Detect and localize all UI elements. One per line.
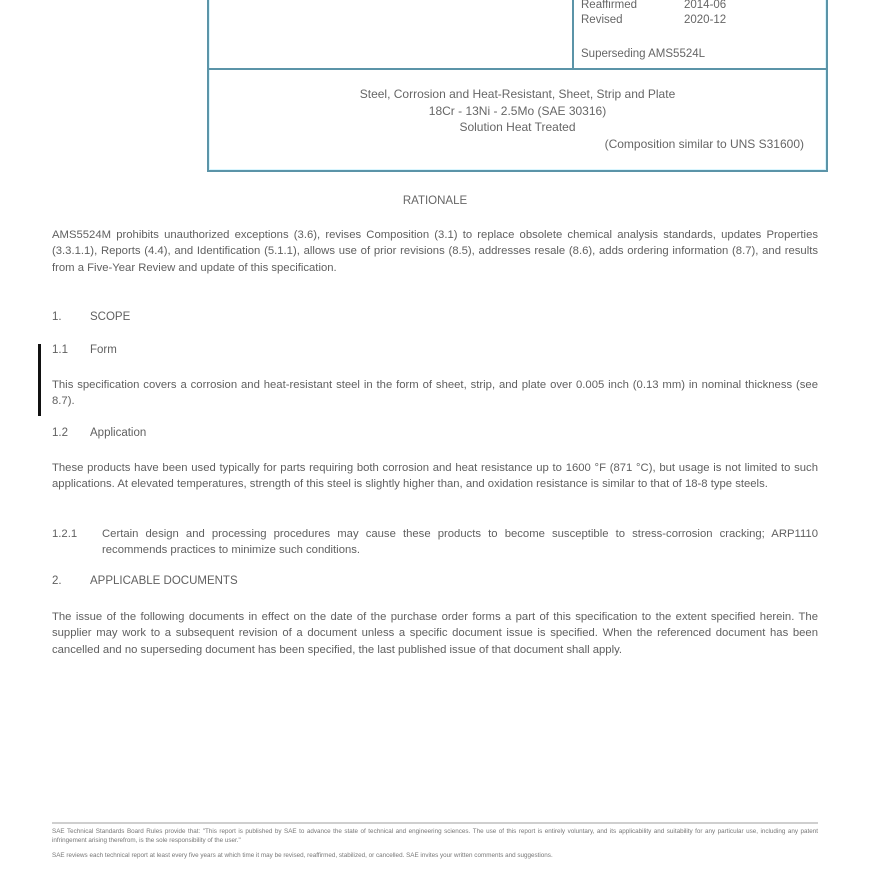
section-1-2-text: These products have been used typically … xyxy=(52,460,818,493)
footer-divider xyxy=(52,822,818,824)
section-1-1-heading: 1.1Form xyxy=(52,344,117,356)
section-1-1-text: This specification covers a corrosion an… xyxy=(52,377,818,410)
section-title: APPLICABLE DOCUMENTS xyxy=(90,575,238,587)
change-bar xyxy=(38,344,41,416)
header-vertical-divider xyxy=(572,0,574,70)
section-1-2-heading: 1.2Application xyxy=(52,427,146,439)
section-number: 1.2 xyxy=(52,427,90,439)
rationale-heading: RATIONALE xyxy=(0,195,870,207)
section-number: 1.1 xyxy=(52,344,90,356)
section-title: SCOPE xyxy=(90,311,130,323)
revised-label: Revised xyxy=(581,13,684,28)
section-2-heading: 2.APPLICABLE DOCUMENTS xyxy=(52,575,238,587)
section-number: 1. xyxy=(52,311,90,323)
reaffirmed-date: 2014-06 xyxy=(684,0,726,13)
title-line-3: Solution Heat Treated xyxy=(209,119,826,136)
title-line-1: Steel, Corrosion and Heat-Resistant, She… xyxy=(209,86,826,103)
superseding-note: Superseding AMS5524L xyxy=(581,48,705,60)
document-title: Steel, Corrosion and Heat-Resistant, She… xyxy=(209,86,826,152)
rationale-text: AMS5524M prohibits unauthorized exceptio… xyxy=(52,227,818,276)
section-1-heading: 1.SCOPE xyxy=(52,311,130,323)
section-number: 1.2.1 xyxy=(52,526,102,559)
reaffirmed-row: Reaffirmed 2014-06 xyxy=(581,0,726,13)
composition-note: (Composition similar to UNS S31600) xyxy=(209,136,826,153)
section-number: 2. xyxy=(52,575,90,587)
header-horizontal-divider xyxy=(209,68,826,70)
section-title: Application xyxy=(90,427,146,439)
section-title: Form xyxy=(90,344,117,356)
section-2-text: The issue of the following documents in … xyxy=(52,609,818,658)
footer-disclaimer: SAE Technical Standards Board Rules prov… xyxy=(52,828,818,845)
revised-row: Revised 2020-12 xyxy=(581,13,726,28)
revision-dates: Reaffirmed 2014-06 Revised 2020-12 xyxy=(581,0,726,28)
revised-date: 2020-12 xyxy=(684,13,726,28)
reaffirmed-label: Reaffirmed xyxy=(581,0,684,13)
title-line-2: 18Cr - 13Ni - 2.5Mo (SAE 30316) xyxy=(209,103,826,120)
section-1-2-1-text: Certain design and processing procedures… xyxy=(102,526,818,559)
section-1-2-1: 1.2.1 Certain design and processing proc… xyxy=(52,526,818,559)
document-header-box: Reaffirmed 2014-06 Revised 2020-12 Super… xyxy=(207,0,828,172)
footer-review-note: SAE reviews each technical report at lea… xyxy=(52,852,818,861)
